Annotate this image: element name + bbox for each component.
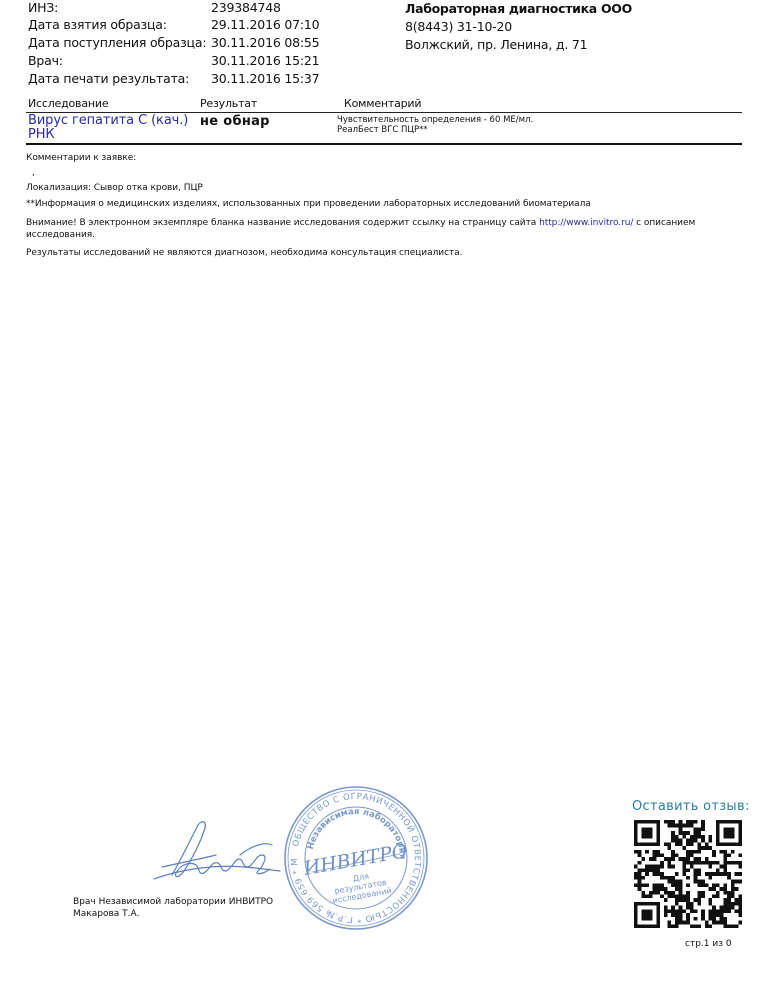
attention-text: Внимание! В электронном экземпляре бланк… — [26, 218, 536, 228]
attention-note-line2: исследования. — [26, 230, 95, 240]
lab-phone: 8(8443) 31-10-20 — [405, 19, 512, 34]
info-label: Дата взятия образца: — [28, 16, 167, 33]
test-name-link[interactable]: Вирус гепатита С (кач.) РНК — [28, 114, 198, 142]
lab-name: Лабораторная диагностика ООО — [405, 1, 632, 16]
attention-note: Внимание! В электронном экземпляре бланк… — [26, 218, 695, 228]
stamp-icon: ОБЩЕСТВО С ОГРАНИЧЕННОЙ ОТВЕТСТВЕННОСТЬЮ… — [282, 784, 430, 932]
info-label: Дата поступления образца: — [28, 34, 206, 51]
info-label: Дата печати результата: — [28, 70, 189, 87]
feedback-title: Оставить отзыв: — [632, 799, 750, 814]
table-bottom-divider — [26, 143, 742, 145]
column-header-test: Исследование — [28, 97, 108, 110]
qr-code-icon[interactable] — [634, 820, 742, 928]
column-header-comment: Комментарий — [344, 97, 421, 110]
info-value: 239384748 — [211, 0, 281, 16]
invitro-link[interactable]: http://www.invitro.ru/ — [539, 218, 633, 228]
test-result: не обнар — [200, 114, 270, 129]
info-value: 30.11.2016 15:21 — [211, 52, 319, 69]
order-comments-value: , — [32, 168, 35, 178]
test-comment-line: Чувствительность определения - 60 МЕ/мл. — [337, 115, 533, 125]
attention-text-suffix: с описанием — [636, 218, 695, 228]
info-value: 30.11.2016 08:55 — [211, 34, 319, 51]
info-value: 30.11.2016 15:37 — [211, 70, 319, 87]
page-number: стр.1 из 0 — [685, 939, 732, 949]
doctor-title: Врач Независимой лаборатории ИНВИТРО — [73, 896, 273, 908]
info-label: Врач: — [28, 52, 63, 69]
lab-address: Волжский, пр. Ленина, д. 71 — [405, 37, 587, 52]
info-value: 29.11.2016 07:10 — [211, 16, 319, 33]
column-header-result: Результат — [200, 97, 257, 110]
test-comment-line: РеалБест ВГС ПЦР** — [337, 125, 533, 135]
doctor-name: Макарова Т.А. — [73, 908, 273, 920]
signature-icon — [150, 815, 290, 890]
doctor-caption: Врач Независимой лаборатории ИНВИТРО Мак… — [73, 896, 273, 920]
disclaimer-note: Результаты исследований не являются диаг… — [26, 248, 462, 258]
order-comments-label: Комментарии к заявке: — [26, 153, 136, 163]
devices-info-note: **Информация о медицинских изделиях, исп… — [26, 199, 591, 209]
localization-note: Локализация: Сывор отка крови, ПЦР — [26, 183, 203, 193]
info-label: ИНЗ: — [28, 0, 58, 16]
test-comment: Чувствительность определения - 60 МЕ/мл.… — [337, 115, 533, 135]
